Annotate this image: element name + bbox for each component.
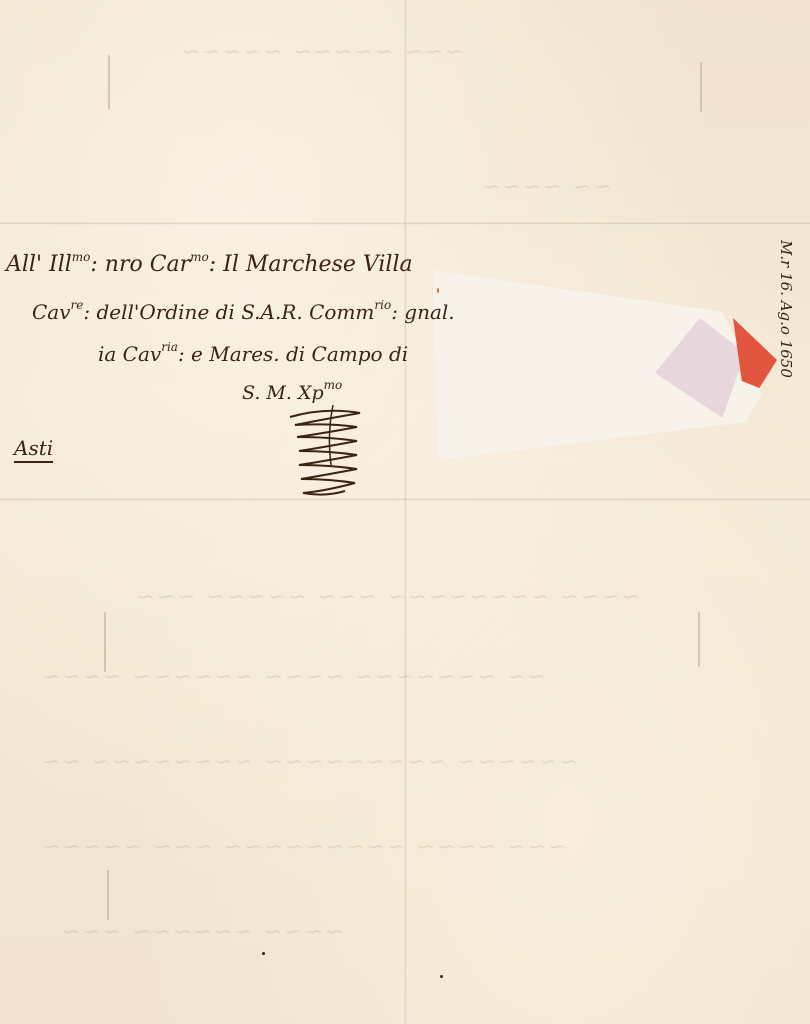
- address-line-4: S. M. Xpmo: [242, 378, 342, 404]
- address-line-3: ia Cavria: e Mares. di Campo di: [98, 340, 408, 366]
- ink-speck: [437, 288, 439, 293]
- crease: [108, 55, 110, 110]
- crease: [107, 870, 109, 920]
- address-line-1: All' Illmo: nro Carmo: Il Marchese Villa: [6, 250, 413, 277]
- ink-speck: [440, 975, 443, 978]
- docket-date-note: M.r 16. Ag.o 1650: [777, 240, 795, 378]
- bleed-through-text: ~~~ ~~~~~ ~~~~~: [180, 40, 464, 65]
- bleed-through-text: ~~~~ ~~~~~~~~ ~~~ ~~~~~ ~~~: [40, 585, 640, 610]
- bleed-through-text: ~~~~ ~~~~~~ ~~~: [60, 920, 344, 945]
- vertical-fold: [404, 0, 407, 1024]
- bleed-through-text: ~~ ~~~~~~~ ~~~~ ~~~~~~ ~~~~: [40, 665, 546, 690]
- bleed-through-text: ~~~~~~ ~~~~~~~~~ ~~~~~~~~ ~~: [40, 750, 578, 775]
- bleed-through-text: ~~~ ~~~~ ~~~~~~~~~ ~~~ ~~~~~: [40, 835, 566, 860]
- crease: [104, 612, 106, 672]
- address-line-2: Cavre: dell'Ordine di S.A.R. Commrio: gn…: [32, 298, 455, 324]
- crease: [698, 612, 700, 667]
- bleed-through-text: ~~ ~~~~: [480, 175, 612, 200]
- crease: [700, 62, 702, 112]
- destination-asti: Asti: [14, 436, 53, 463]
- paraph-flourish-icon: [285, 405, 365, 500]
- ink-speck: [262, 952, 265, 955]
